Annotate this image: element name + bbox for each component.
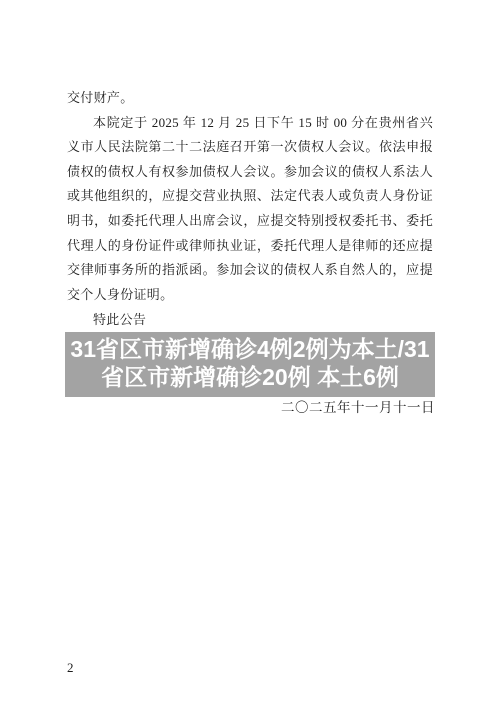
document-date: 二〇二五年十一月十一日 [67,397,435,417]
document-page: 交付财产。 本院定于 2025 年 12 月 25 日下午 15 时 00 分在… [0,0,500,707]
headline-line-2: 省区市新增确诊20例 本土6例 [67,364,433,392]
paragraph-closing-announcement: 特此公告 [67,307,433,330]
paragraph-meeting-notice: 本院定于 2025 年 12 月 25 日下午 15 时 00 分在贵州省兴义市… [67,111,433,308]
page-number: 2 [67,660,74,675]
document-body: 交付财产。 本院定于 2025 年 12 月 25 日下午 15 时 00 分在… [67,86,433,417]
headline-line-1: 31省区市新增确诊4例2例为本土/31 [67,336,433,364]
headline-overlay-banner: 31省区市新增确诊4例2例为本土/31 省区市新增确诊20例 本土6例 [65,332,435,397]
paragraph-continuation: 交付财产。 [67,86,433,111]
